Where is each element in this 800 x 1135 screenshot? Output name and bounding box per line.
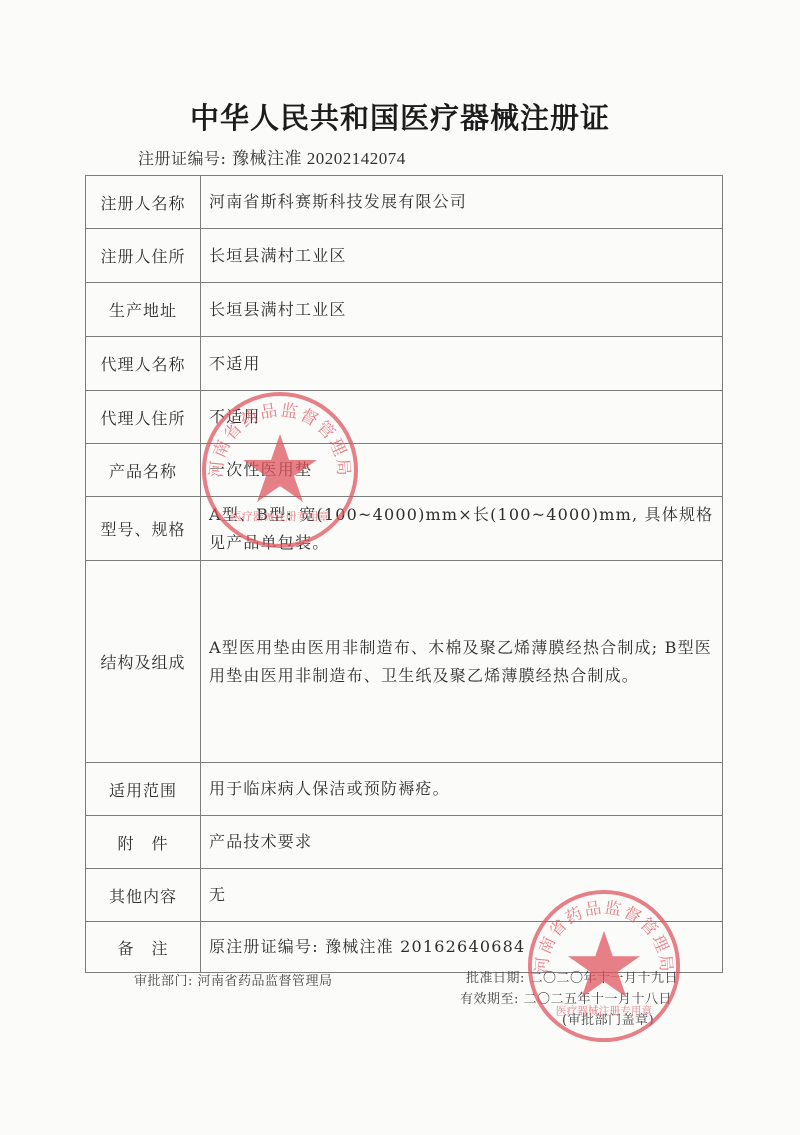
table-row: 备 注 原注册证编号: 豫械注准 20162640684 (86, 922, 723, 973)
row-value: 不适用 (201, 337, 723, 391)
row-label: 适用范围 (86, 763, 201, 816)
row-label: 备 注 (86, 922, 201, 973)
certificate-title: 中华人民共和国医疗器械注册证 (0, 96, 800, 137)
row-value: 长垣县满村工业区 (201, 229, 723, 283)
registration-number-value: 豫械注准 20202142074 (232, 149, 406, 168)
table-row: 注册人名称 河南省斯科赛斯科技发展有限公司 (86, 176, 723, 229)
table-row: 代理人住所 不适用 (86, 391, 723, 444)
table-row: 结构及组成 A型医用垫由医用非制造布、木棉及聚乙烯薄膜经热合制成; B型医用垫由… (86, 561, 723, 763)
row-value: 一次性医用垫 (201, 444, 723, 497)
row-label: 附 件 (86, 816, 201, 869)
row-label: 代理人名称 (86, 337, 201, 391)
row-label: 代理人住所 (86, 391, 201, 444)
row-value: 河南省斯科赛斯科技发展有限公司 (201, 176, 723, 229)
table-row: 附 件 产品技术要求 (86, 816, 723, 869)
row-label: 其他内容 (86, 869, 201, 922)
table-row: 型号、规格 A型、B型: 宽(100~4000)mm×长(100~4000)mm… (86, 497, 723, 561)
row-label: 注册人名称 (86, 176, 201, 229)
table-row: 注册人住所 长垣县满村工业区 (86, 229, 723, 283)
seal-note: (审批部门盖章) (460, 1010, 678, 1031)
registration-number-label: 注册证编号: (138, 149, 226, 168)
registration-number: 注册证编号: 豫械注准 20202142074 (138, 144, 406, 169)
approval-department: 审批部门: 河南省药品监督管理局 (134, 970, 333, 989)
approval-dates: 批准日期: 二〇二〇年十一月十九日 有效期至: 二〇二五年十一月十八日 (审批部… (460, 968, 678, 1031)
row-value: A型医用垫由医用非制造布、木棉及聚乙烯薄膜经热合制成; B型医用垫由医用非制造布… (201, 561, 723, 763)
row-value: 产品技术要求 (201, 816, 723, 869)
certificate-table: 注册人名称 河南省斯科赛斯科技发展有限公司 注册人住所 长垣县满村工业区 生产地… (85, 175, 723, 973)
table-row: 其他内容 无 (86, 869, 723, 922)
table-row: 适用范围 用于临床病人保洁或预防褥疮。 (86, 763, 723, 816)
valid-until: 有效期至: 二〇二五年十一月十八日 (460, 989, 678, 1010)
table-row: 生产地址 长垣县满村工业区 (86, 283, 723, 337)
row-label: 生产地址 (86, 283, 201, 337)
approval-date: 批准日期: 二〇二〇年十一月十九日 (460, 968, 678, 989)
row-label: 结构及组成 (86, 561, 201, 763)
row-value: 不适用 (201, 391, 723, 444)
row-label: 型号、规格 (86, 497, 201, 561)
row-value: A型、B型: 宽(100~4000)mm×长(100~4000)mm, 具体规格… (201, 497, 723, 561)
row-label: 产品名称 (86, 444, 201, 497)
row-value: 用于临床病人保洁或预防褥疮。 (201, 763, 723, 816)
table-row: 代理人名称 不适用 (86, 337, 723, 391)
row-value: 无 (201, 869, 723, 922)
table-row: 产品名称 一次性医用垫 (86, 444, 723, 497)
row-label: 注册人住所 (86, 229, 201, 283)
row-value: 长垣县满村工业区 (201, 283, 723, 337)
row-value: 原注册证编号: 豫械注准 20162640684 (201, 922, 723, 973)
